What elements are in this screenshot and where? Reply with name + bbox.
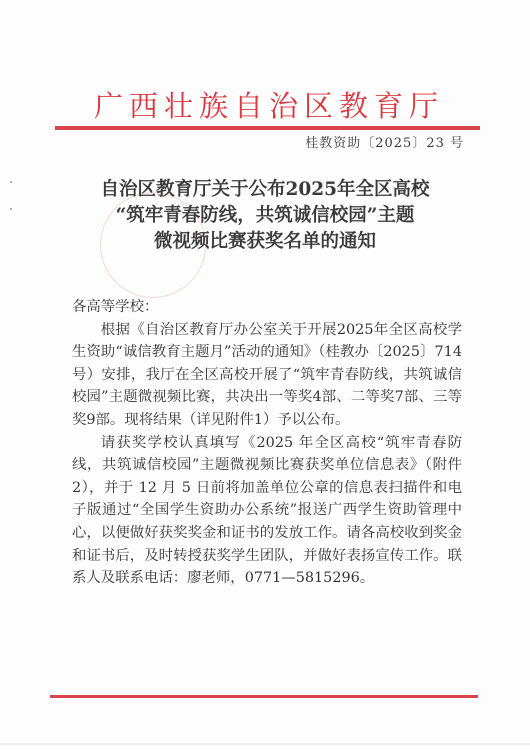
body-paragraph: 请获奖学校认真填写《2025 年全区高校“筑牢青春防线，共筑诚信校园”主题微视频…	[72, 432, 462, 590]
title-line: 微视频比赛获奖名单的通知	[0, 229, 530, 255]
footer-red-rule	[50, 695, 478, 698]
issuer-header: 广西壮族自治区教育厅	[0, 86, 530, 126]
document-page: 广西壮族自治区教育厅 桂教资助〔2025〕23 号 自治区教育厅关于公布2025…	[0, 0, 530, 749]
body-paragraph: 根据《自治区教育厅办公室关于开展2025年全区高校学生资助“诚信教育主题月”活动…	[72, 319, 462, 432]
salutation: 各高等学校：	[72, 296, 462, 319]
notice-title: 自治区教育厅关于公布2025年全区高校 “筑牢青春防线，共筑诚信校园”主题 微视…	[0, 177, 530, 255]
page-bottom-edge	[0, 743, 530, 745]
notice-body: 各高等学校： 根据《自治区教育厅办公室关于开展2025年全区高校学生资助“诚信教…	[72, 296, 462, 590]
header-red-rule	[55, 126, 480, 130]
document-number: 桂教资助〔2025〕23 号	[305, 134, 464, 154]
title-line: “筑牢青春防线，共筑诚信校园”主题	[0, 203, 530, 229]
title-line: 自治区教育厅关于公布2025年全区高校	[0, 177, 530, 203]
